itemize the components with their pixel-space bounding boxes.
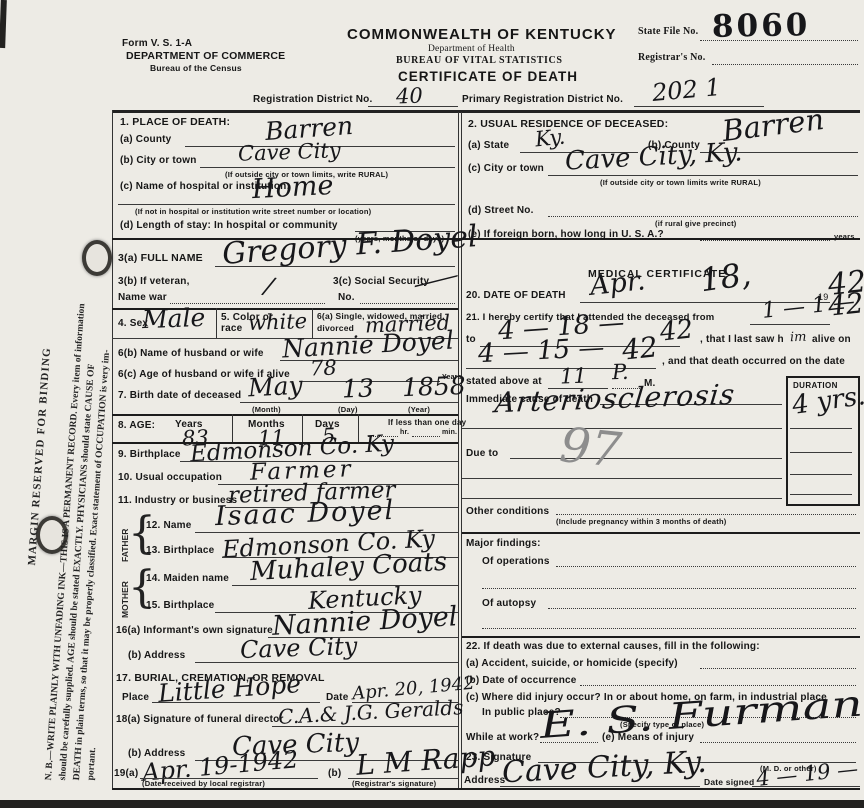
res-city-value: Cave City, Ky. [564,137,743,176]
due-to-label: Due to [466,448,498,459]
min-label: min. [442,429,457,436]
immediate-cause-value: Arteriosclerosis [493,378,736,420]
while-at-work-label: While at work? [466,732,539,743]
informant-sig-label: 16(a) Informant's own signature [116,625,273,636]
father-name-label: 12. Name [146,520,192,531]
bureau-of-census: Bureau of the Census [150,63,242,73]
occupation-label: 10. Usual occupation [118,472,222,483]
of-operations-label: Of operations [482,556,550,567]
registrar-sig-label: (b) [328,768,341,779]
primary-district-label: Primary Registration District No. [462,94,623,105]
pod-hospital-value: Home [251,170,334,205]
dod-month-value: Apr. [589,265,647,302]
state-file-number: 8060 [712,7,811,45]
pod-hospital-note: (If not in hospital or institution write… [135,207,371,216]
birthdate-label: 7. Birth date of deceased [118,390,241,401]
date-of-death-label: 20. DATE OF DEATH [466,290,566,301]
pod-city-label: (b) City or town [120,155,197,166]
res-street-label: (d) Street No. [468,205,534,216]
race-label-2: race [221,323,242,334]
due-to-code-value: 97 [557,417,624,479]
spouse-age-value: 78 [310,356,338,381]
pod-county-label: (a) County [120,134,171,145]
birthplace-label: 9. Birthplace [118,449,181,460]
race-value: white [248,309,308,335]
veteran-war-label: Name war [118,292,167,303]
of-autopsy-label: Of autopsy [482,598,536,609]
veteran-mark: / [262,271,276,300]
birth-day-value: 13 [342,373,375,403]
month-note: (Month) [252,405,281,414]
registrar-note: (Registrar's signature) [352,779,436,788]
veteran-label: 3(b) If veteran, [118,276,190,287]
scan-edge-mark [0,0,7,48]
occurrence-label: (b) Date of occurrence [466,675,577,686]
birth-month-value: May [247,371,303,403]
day-note: (Day) [338,405,358,414]
certificate-title: CERTIFICATE OF DEATH [398,69,578,84]
major-findings-label: Major findings: [466,538,541,549]
primary-district-value: 202 1 [651,73,722,107]
informant-addr-label: (b) Address [128,650,185,661]
res-city-label: (c) City or town [468,163,544,174]
place-of-death-title: 1. PLACE OF DEATH: [120,116,230,128]
residence-title: 2. USUAL RESIDENCE OF DECEASED: [468,118,668,130]
sex-value: Male [142,303,206,334]
ssn-mark: — [409,263,462,299]
bureau-vital-statistics: BUREAU OF VITAL STATISTICS [396,55,562,66]
birth-year-value: 1858 [402,371,467,402]
year-note: (Year) [408,405,430,414]
father-name-value: Isaac Doyel [215,495,396,532]
margin-nb-line4: portant. [86,747,98,781]
registrar-no-label: Registrar's No. [638,52,705,63]
father-birthplace-label: 13. Birthplace [146,545,214,556]
received-label: 19(a) [114,768,138,779]
res-foreign-label: (e) If foreign born, how long in U. S. A… [468,229,664,240]
date-signed-label: Date signed [704,777,754,787]
ssn-no-label: No. [338,292,355,303]
mother-birthplace-label: 15. Birthplace [146,600,214,611]
pod-stay-label: (d) Length of stay: In hospital or commu… [120,220,338,231]
last-saw-mark: im [790,330,807,346]
age-label: 8. AGE: [118,420,155,431]
death-certificate-scan: MARGIN RESERVED FOR BINDING N. B.—WRITE … [0,0,864,808]
received-note: (Date received by local registrar) [142,779,265,788]
death-occurred-text: , and that death occurred on the date [662,356,845,367]
registration-district-value: 40 [396,84,424,109]
department-of-commerce: DEPARTMENT OF COMMERCE [126,50,285,62]
last-saw-text: , that I last saw h [700,334,784,345]
pod-city-value: Cave City [238,138,341,166]
res-city-note: (If outside city or town limits write RU… [600,178,761,187]
spouse-name-label: 6(b) Name of husband or wife [118,348,264,359]
attended-from-year: 42 [826,286,864,323]
less-than-day-label: If less than one day [388,418,466,427]
dod-day-value: 18, [698,255,754,300]
informant-addr-value: Cave City [240,632,358,664]
scan-bottom-bar [0,800,864,808]
attended-to-year: 42 [659,314,695,347]
mother-name-label: 14. Maiden name [146,573,229,584]
full-name-label: 3(a) FULL NAME [118,252,203,264]
alive-on-text: alive on [812,334,851,345]
accident-label: (a) Accident, suicide, or homicide (spec… [466,658,678,669]
physician-addr-value: Cave City, Ky. [501,745,707,791]
other-conditions-note: (Include pregnancy within 3 months of de… [556,517,726,526]
res-state-value: Ky. [534,124,566,151]
res-state-label: (a) State [468,140,509,151]
physician-addr-label: Address [464,775,505,786]
external-causes-title: 22. If death was due to external causes,… [466,641,760,652]
funeral-director-label: 18(a) Signature of funeral director [116,714,284,725]
burial-place-label: Place [122,692,149,703]
state-file-label: State File No. [638,26,698,37]
to-label: to [466,334,476,345]
registration-district-label: Registration District No. [253,94,372,105]
funeral-director-value: C.A.& J.G. Geralds [277,695,463,729]
res-foreign-unit: years [834,232,855,241]
other-conditions-label: Other conditions [466,506,549,517]
commonwealth-title: COMMONWEALTH OF KENTUCKY [347,26,617,43]
dept-of-health: Department of Health [428,44,515,54]
hr-label: hr. [400,429,409,436]
form-number: Form V. S. 1-A [122,38,192,49]
res-street-note: (if rural give precinct) [655,219,737,228]
punch-hole-top [82,240,112,276]
